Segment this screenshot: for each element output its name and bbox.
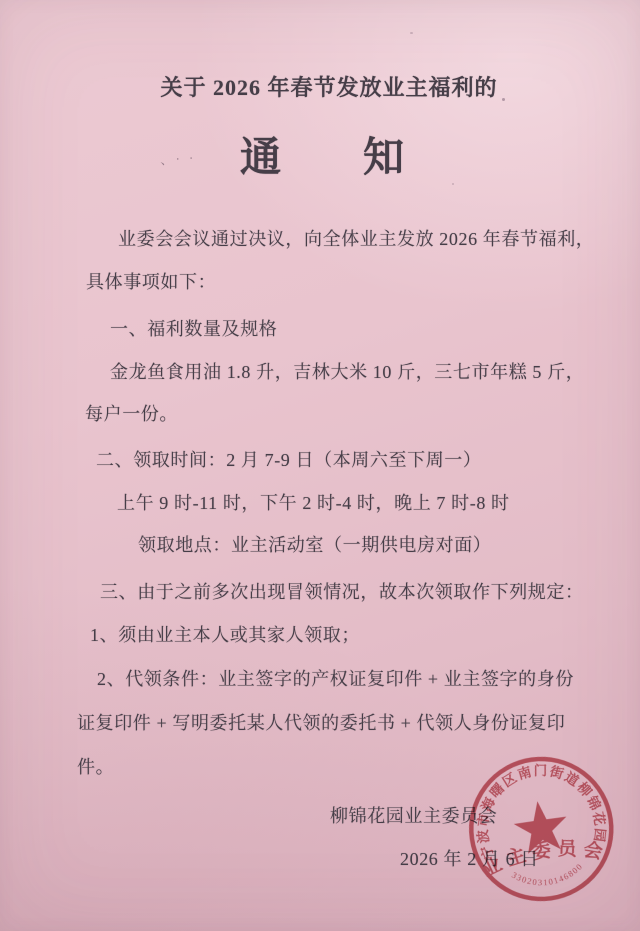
section-3-rule-1: 1、须由业主本人或其家人领取； [90, 621, 360, 647]
section-2-hours: 上午 9 时-11 时，下午 2 时-4 时，晚上 7 时-8 时 [117, 489, 510, 515]
paper-speck [452, 183, 454, 185]
paper-speck [410, 32, 413, 34]
body-line-intro2: 具体事项如下： [86, 268, 216, 294]
notice-title: 通 知 [2, 124, 640, 183]
section-2-location: 领取地点：业主活动室（一期供电房对面） [138, 531, 491, 557]
section-2-heading: 二、领取时间：2 月 7-9 日（本周六至下周一） [96, 446, 482, 472]
section-3-rule-2: 2、代领条件：业主签字的产权证复印件 + 业主签字的身份 [97, 665, 574, 691]
section-3-rule-2-end: 件。 [77, 753, 114, 779]
official-seal-stamp: 宁波市海曙区南门街道柳锦花园 业主委员会 33020310146800 [456, 742, 625, 911]
section-3-heading: 三、由于之前多次出现冒领情况，故本次领取作下列规定： [100, 578, 584, 604]
section-3-rule-2-cont: 证复印件 + 写明委托某人代领的委托书 + 代领人身份证复印 [77, 709, 565, 735]
body-line-intro: 业委会会议通过决议，向全体业主发放 2026 年春节福利， [118, 225, 594, 251]
section-1-heading: 一、福利数量及规格 [110, 315, 277, 341]
section-1-detail: 金龙鱼食用油 1.8 升，吉林大米 10 斤，三七市年糕 5 斤， [110, 358, 584, 384]
paper-speck [502, 98, 505, 101]
notice-subject-line: 关于 2026 年春节发放业主福利的 [9, 71, 640, 102]
notice-paper: 关于 2026 年春节发放业主福利的 、·· 通 知 业委会会议通过决议，向全体… [0, 0, 640, 931]
section-1-detail2: 每户一份。 [85, 400, 178, 426]
